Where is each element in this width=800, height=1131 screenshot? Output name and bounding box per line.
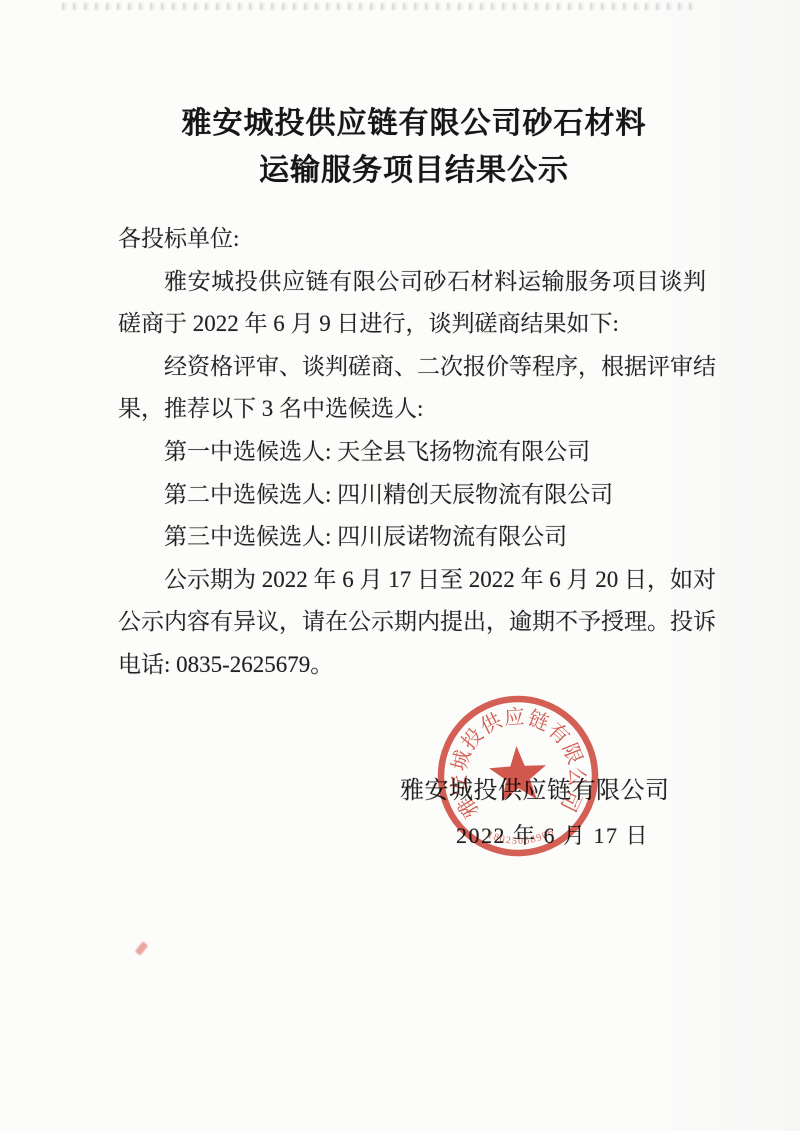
body-line: 雅安城投供应链有限公司砂石材料运输服务项目谈判 <box>118 261 706 304</box>
body-line-salutation: 各投标单位: <box>118 218 706 261</box>
document-body: 各投标单位: 雅安城投供应链有限公司砂石材料运输服务项目谈判 磋商于 2022 … <box>118 218 706 687</box>
title-line-2: 运输服务项目结果公示 <box>14 147 800 194</box>
body-line: 磋商于 2022 年 6 月 9 日进行，谈判磋商结果如下: <box>118 303 706 346</box>
body-line: 公示期为 2022 年 6 月 17 日至 2022 年 6 月 20 日，如对 <box>118 559 706 602</box>
body-line-candidate-2: 第二中选候选人: 四川精创天辰物流有限公司 <box>118 474 706 517</box>
body-line: 果，推荐以下 3 名中选候选人: <box>118 388 706 431</box>
red-ink-speck <box>135 941 149 956</box>
scanned-document-page: 雅安城投供应链有限公司砂石材料 运输服务项目结果公示 各投标单位: 雅安城投供应… <box>0 0 800 1131</box>
body-line-phone: 电话: 0835-2625679。 <box>118 644 706 687</box>
document-title: 雅安城投供应链有限公司砂石材料 运输服务项目结果公示 <box>14 100 800 194</box>
scan-noise-artifact <box>62 3 694 10</box>
seal-star-icon <box>488 745 548 802</box>
official-seal: 雅安城投供应链有限公司 18025058906 <box>413 671 623 881</box>
body-line: 经资格评审、谈判磋商、二次报价等程序，根据评审结 <box>118 346 706 389</box>
body-line-candidate-3: 第三中选候选人: 四川辰诺物流有限公司 <box>118 516 706 559</box>
title-line-1: 雅安城投供应链有限公司砂石材料 <box>14 100 800 147</box>
body-line: 公示内容有异议，请在公示期内提出，逾期不予授理。投诉 <box>118 601 706 644</box>
body-line-candidate-1: 第一中选候选人: 天全县飞扬物流有限公司 <box>118 431 706 474</box>
